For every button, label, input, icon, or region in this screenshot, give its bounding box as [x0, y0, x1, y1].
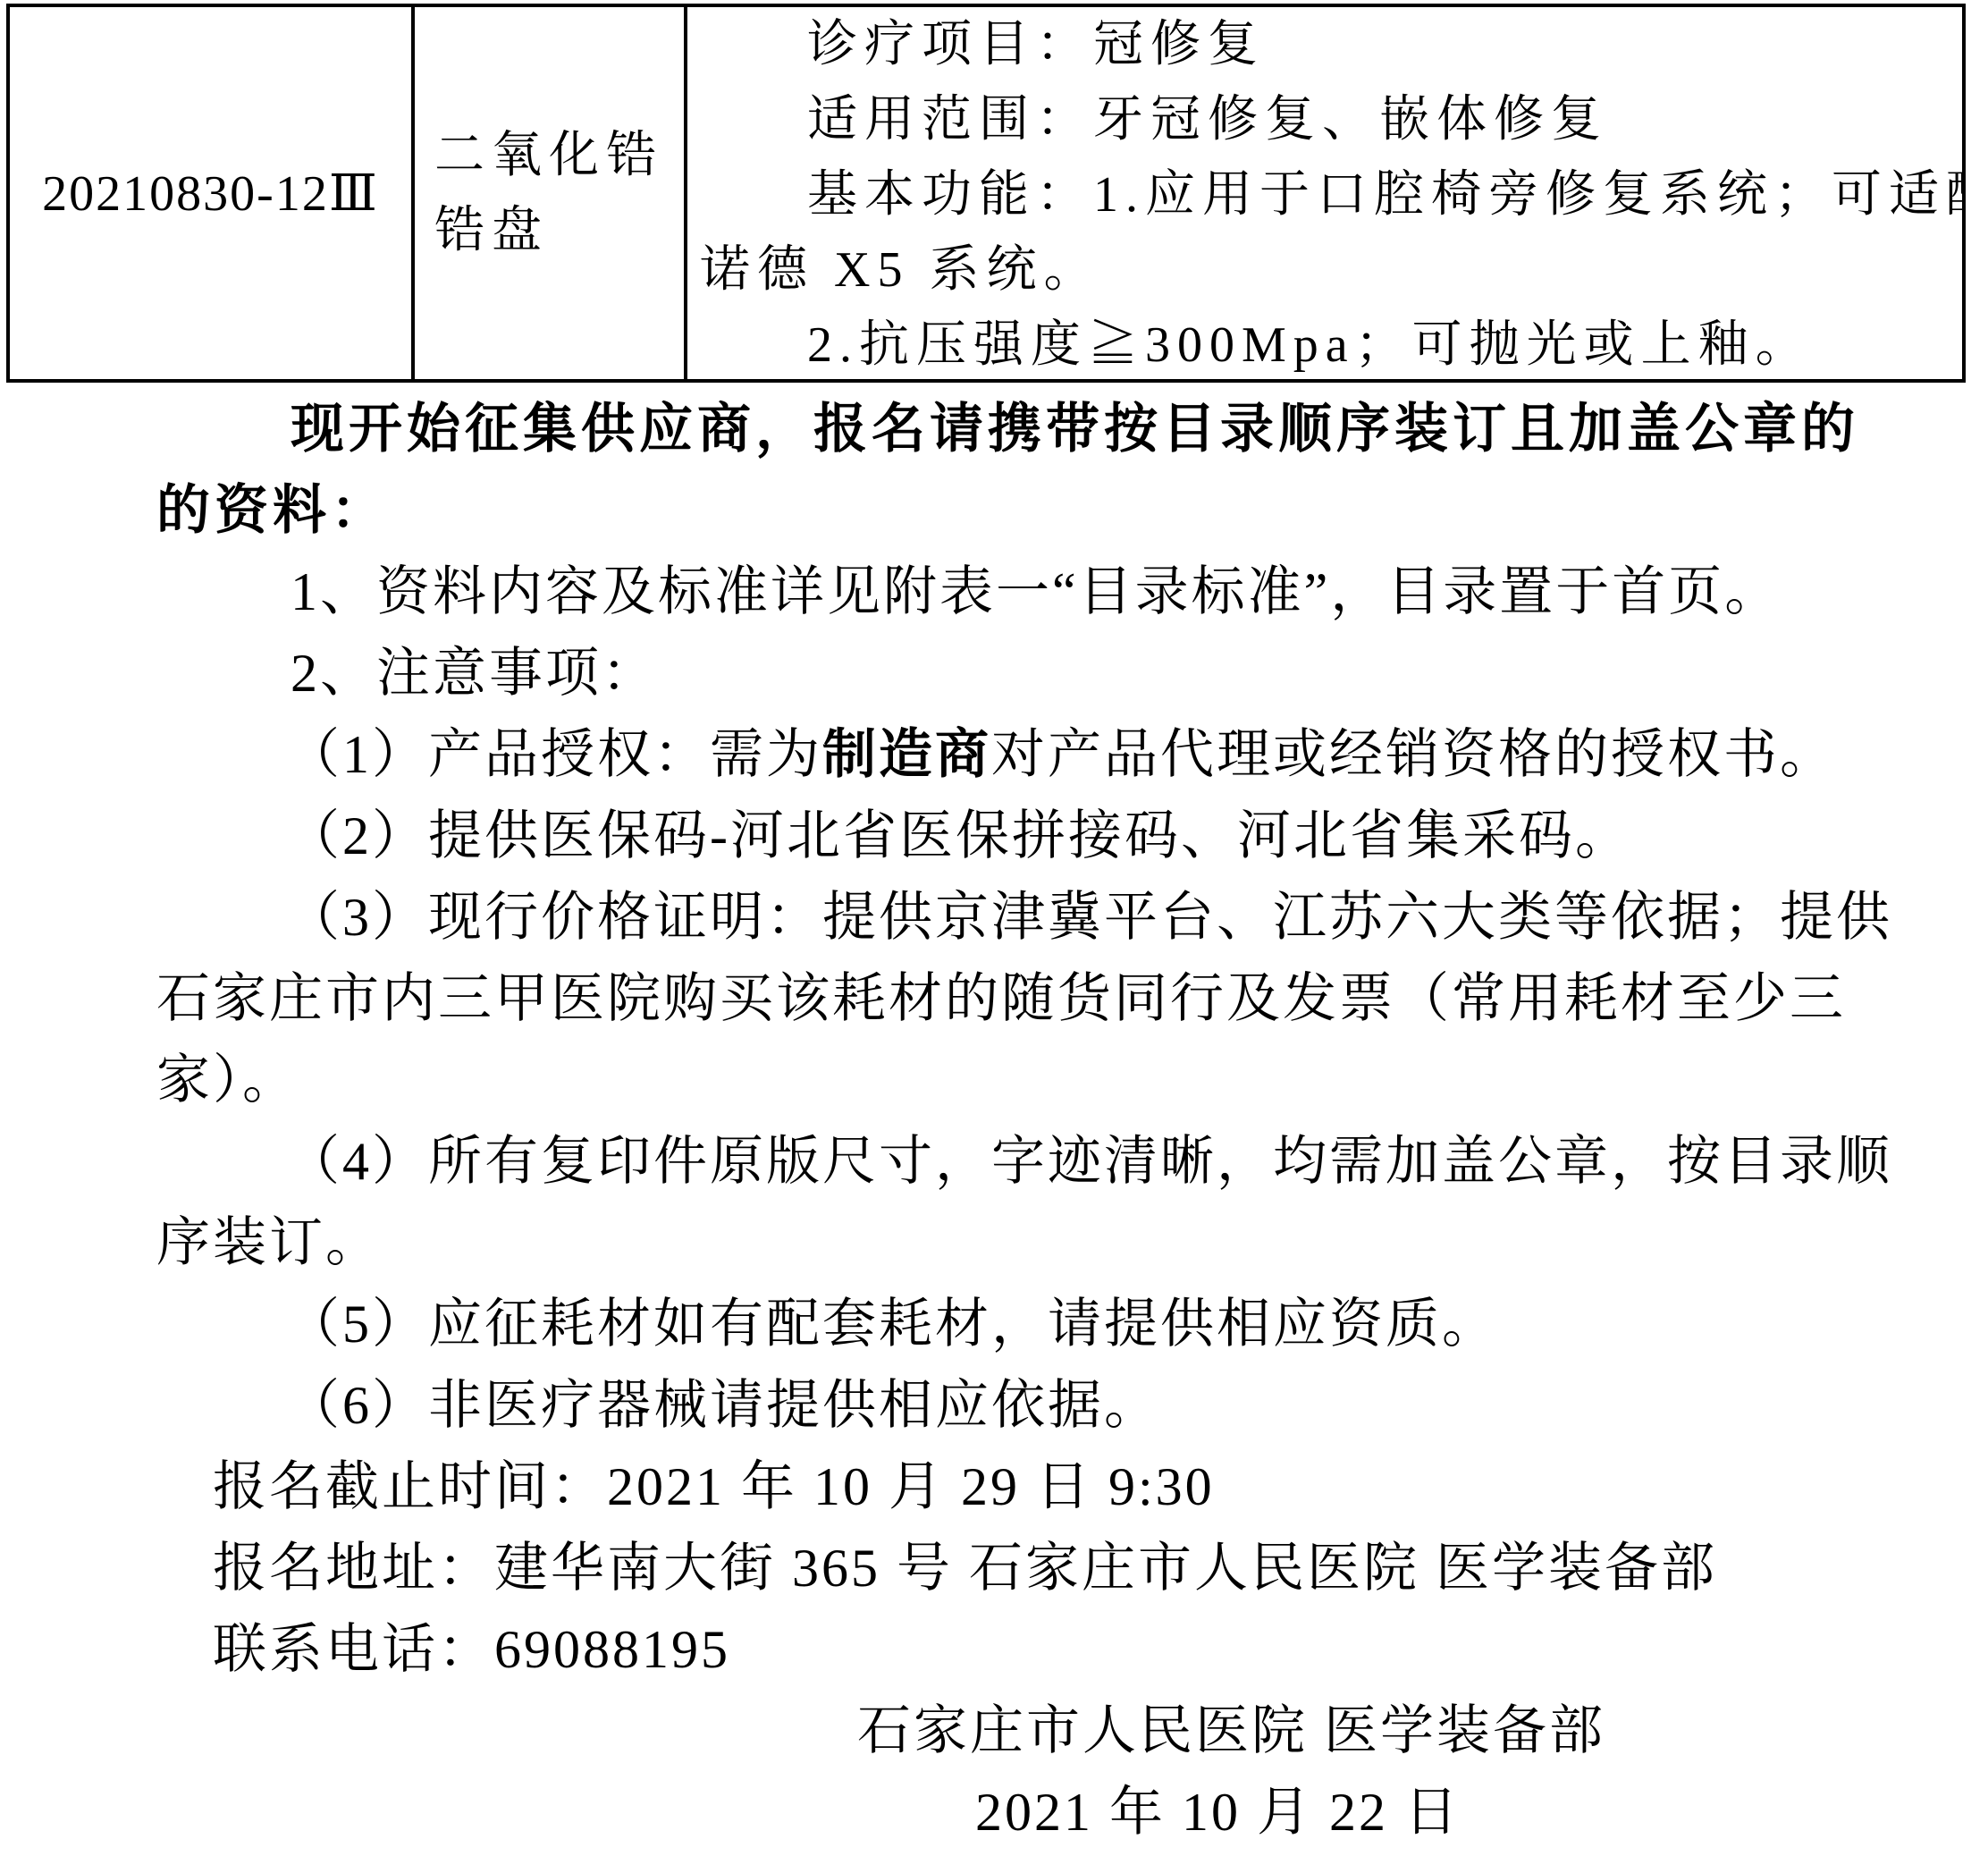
notice-subitem-3-line-1: （3）现行价格证明：提供京津冀平台、江苏六大类等依据；提供: [156, 877, 1953, 958]
signature-date: 2021 年 10 月 22 日: [156, 1772, 1953, 1853]
product-id-cell: 20210830-12Ⅲ: [10, 7, 415, 379]
notice-subitem-4-line-2: 序装订。: [156, 1202, 1953, 1284]
notice-body: 现开始征集供应商，报名请携带按目录顺序装订且加盖公章的 的资料： 1、资料内容及…: [156, 389, 1953, 1853]
notice-subitem-3-line-3: 家）。: [156, 1040, 1953, 1121]
detail-line-function-2: 2.抗压强度≧300Mpa；可抛光或上釉。: [700, 308, 1957, 379]
product-id: 20210830-12Ⅲ: [42, 165, 379, 223]
detail-line-function-1-cont: 诺德 X5 系统。: [700, 232, 1957, 308]
contact-phone: 联系电话：69088195: [156, 1609, 1953, 1691]
notice-item-1: 1、资料内容及标准详见附表一“目录标准”，目录置于首页。: [156, 552, 1953, 633]
notice-subitem-2: （2）提供医保码-河北省医保拼接码、河北省集采码。: [156, 796, 1953, 877]
notice-heading-line-1: 现开始征集供应商，报名请携带按目录顺序装订且加盖公章的: [156, 389, 1953, 470]
subitem-1-bold-term: 制造商: [822, 725, 991, 784]
document-page: { "page": { "background": "#ffffff", "te…: [0, 0, 1988, 1856]
product-detail-cell: 诊疗项目：冠修复 适用范围：牙冠修复、嵌体修复 基本功能：1.应用于口腔椅旁修复…: [687, 7, 1962, 379]
notice-subitem-5: （5）应征耗材如有配套耗材，请提供相应资质。: [156, 1284, 1953, 1365]
notice-subitem-3-line-2: 石家庄市内三甲医院购买该耗材的随货同行及发票（常用耗材至少三: [156, 958, 1953, 1040]
subitem-1-prefix: （1）产品授权：需为: [286, 725, 822, 784]
notice-item-2: 2、注意事项：: [156, 633, 1953, 714]
notice-subitem-1: （1）产品授权：需为制造商对产品代理或经销资格的授权书。: [156, 714, 1953, 796]
detail-line-treatment-item: 诊疗项目：冠修复: [700, 7, 1957, 82]
registration-deadline: 报名截止时间：2021 年 10 月 29 日 9:30: [156, 1447, 1953, 1528]
notice-subitem-4-line-1: （4）所有复印件原版尺寸，字迹清晰，均需加盖公章，按目录顺: [156, 1121, 1953, 1202]
signature-department: 石家庄市人民医院 医学装备部: [156, 1691, 1953, 1772]
subitem-1-suffix: 对产品代理或经销资格的授权书。: [991, 725, 1836, 784]
product-name-cell: 二氧化锆 锆盘: [415, 7, 687, 379]
product-name-line: 二氧化锆: [434, 118, 684, 193]
notice-subitem-6: （6）非医疗器械请提供相应依据。: [156, 1365, 1953, 1447]
registration-address: 报名地址：建华南大街 365 号 石家庄市人民医院 医学装备部: [156, 1528, 1953, 1609]
product-name-line: 锆盘: [434, 193, 684, 268]
detail-line-scope: 适用范围：牙冠修复、嵌体修复: [700, 82, 1957, 157]
notice-heading-line-2: 的资料：: [156, 470, 1953, 552]
procurement-table: 20210830-12Ⅲ 二氧化锆 锆盘 诊疗项目：冠修复 适用范围：牙冠修复、…: [6, 4, 1966, 383]
detail-line-function-1: 基本功能：1.应用于口腔椅旁修复系统；可适配西: [700, 157, 1957, 232]
